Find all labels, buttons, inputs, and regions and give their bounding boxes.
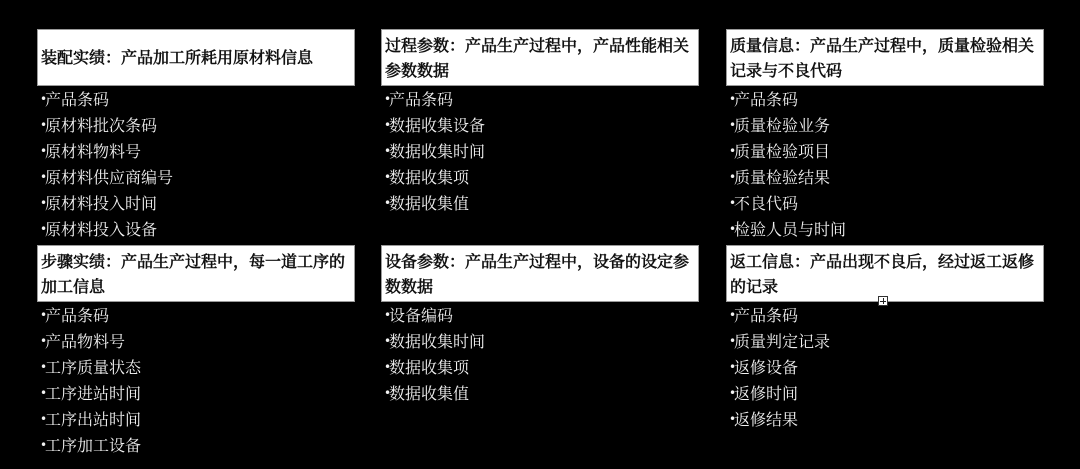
bullet-icon: •: [40, 112, 45, 138]
list-item: •产品条码: [37, 303, 355, 329]
section-title: 步骤实绩：产品生产过程中，每一道工序的加工信息: [41, 249, 351, 299]
field-list: •设备编码 •数据收集时间 •数据收集项 •数据收集值: [381, 303, 699, 407]
bullet-icon: •: [40, 138, 45, 164]
section-header: 步骤实绩：产品生产过程中，每一道工序的加工信息: [37, 245, 355, 302]
list-item: •数据收集设备: [381, 113, 699, 139]
section-title: 过程参数：产品生产过程中，产品性能相关参数数据: [385, 33, 695, 83]
list-item: •检验人员与时间: [726, 217, 1044, 243]
bullet-icon: •: [40, 302, 45, 328]
bullet-icon: •: [729, 302, 734, 328]
bullet-icon: •: [40, 190, 45, 216]
section-equipment-parameters: 设备参数：产品生产过程中，设备的设定参数数据 •设备编码 •数据收集时间 •数据…: [381, 245, 699, 407]
list-item: •数据收集时间: [381, 139, 699, 165]
field-list: •产品条码 •产品物料号 •工序质量状态 •工序进站时间 •工序出站时间 •工序…: [37, 303, 355, 459]
bullet-icon: •: [729, 190, 734, 216]
list-item: •质量判定记录: [726, 329, 1044, 355]
bullet-icon: •: [384, 380, 389, 406]
bullet-icon: •: [729, 354, 734, 380]
list-item: •原材料投入时间: [37, 191, 355, 217]
list-item: •原材料批次条码: [37, 113, 355, 139]
section-title: 设备参数：产品生产过程中，设备的设定参数数据: [385, 249, 695, 299]
list-item: •产品条码: [37, 87, 355, 113]
section-header: 返工信息：产品出现不良后，经过返工返修的记录: [726, 245, 1044, 302]
list-item: •产品物料号: [37, 329, 355, 355]
list-item: •质量检验业务: [726, 113, 1044, 139]
bullet-icon: •: [729, 406, 734, 432]
list-item: •不良代码: [726, 191, 1044, 217]
list-item: •返修结果: [726, 407, 1044, 433]
list-item: •工序加工设备: [37, 433, 355, 459]
section-header: 质量信息：产品生产过程中，质量检验相关记录与不良代码: [726, 29, 1044, 86]
bullet-icon: •: [40, 406, 45, 432]
bullet-icon: •: [729, 86, 734, 112]
list-item: •质量检验项目: [726, 139, 1044, 165]
list-item: •工序质量状态: [37, 355, 355, 381]
bullet-icon: •: [384, 190, 389, 216]
section-header: 装配实绩：产品加工所耗用原材料信息: [37, 29, 355, 86]
list-item: •产品条码: [381, 87, 699, 113]
list-item: •数据收集时间: [381, 329, 699, 355]
bullet-icon: •: [729, 112, 734, 138]
bullet-icon: •: [384, 86, 389, 112]
bullet-icon: •: [729, 328, 734, 354]
bullet-icon: •: [40, 216, 45, 242]
list-item: •原材料供应商编号: [37, 165, 355, 191]
list-item: •工序出站时间: [37, 407, 355, 433]
bullet-icon: •: [384, 112, 389, 138]
bullet-icon: •: [729, 164, 734, 190]
list-item: •数据收集项: [381, 355, 699, 381]
field-list: •产品条码 •质量检验业务 •质量检验项目 •质量检验结果 •不良代码 •检验人…: [726, 87, 1044, 243]
section-rework-info: 返工信息：产品出现不良后，经过返工返修的记录 •产品条码 •质量判定记录 •返修…: [726, 245, 1044, 433]
bullet-icon: •: [40, 164, 45, 190]
list-item: •产品条码: [726, 87, 1044, 113]
section-step-performance: 步骤实绩：产品生产过程中，每一道工序的加工信息 •产品条码 •产品物料号 •工序…: [37, 245, 355, 459]
list-item: •数据收集值: [381, 381, 699, 407]
bullet-icon: •: [384, 302, 389, 328]
bullet-icon: •: [384, 354, 389, 380]
bullet-icon: •: [40, 86, 45, 112]
list-item: •数据收集项: [381, 165, 699, 191]
bullet-icon: •: [384, 164, 389, 190]
section-assembly-performance: 装配实绩：产品加工所耗用原材料信息 •产品条码 •原材料批次条码 •原材料物料号…: [37, 29, 355, 243]
field-list: •产品条码 •数据收集设备 •数据收集时间 •数据收集项 •数据收集值: [381, 87, 699, 217]
section-title: 返工信息：产品出现不良后，经过返工返修的记录: [730, 249, 1040, 299]
section-title: 装配实绩：产品加工所耗用原材料信息: [41, 45, 313, 70]
list-item: •设备编码: [381, 303, 699, 329]
bullet-icon: •: [40, 380, 45, 406]
section-process-parameters: 过程参数：产品生产过程中，产品性能相关参数数据 •产品条码 •数据收集设备 •数…: [381, 29, 699, 217]
list-item: •数据收集值: [381, 191, 699, 217]
section-header: 过程参数：产品生产过程中，产品性能相关参数数据: [381, 29, 699, 86]
bullet-icon: •: [384, 328, 389, 354]
list-item: •产品条码: [726, 303, 1044, 329]
list-item: •返修时间: [726, 381, 1044, 407]
list-item: •原材料投入设备: [37, 217, 355, 243]
list-item: •原材料物料号: [37, 139, 355, 165]
bullet-icon: •: [40, 328, 45, 354]
list-item: •返修设备: [726, 355, 1044, 381]
bullet-icon: •: [729, 216, 734, 242]
bullet-icon: •: [40, 432, 45, 458]
bullet-icon: •: [729, 138, 734, 164]
list-item: •质量检验结果: [726, 165, 1044, 191]
bullet-icon: •: [384, 138, 389, 164]
section-header: 设备参数：产品生产过程中，设备的设定参数数据: [381, 245, 699, 302]
list-item: •工序进站时间: [37, 381, 355, 407]
section-title: 质量信息：产品生产过程中，质量检验相关记录与不良代码: [730, 33, 1040, 83]
field-list: •产品条码 •原材料批次条码 •原材料物料号 •原材料供应商编号 •原材料投入时…: [37, 87, 355, 243]
plus-handle-icon[interactable]: [878, 296, 888, 306]
field-list: •产品条码 •质量判定记录 •返修设备 •返修时间 •返修结果: [726, 303, 1044, 433]
bullet-icon: •: [729, 380, 734, 406]
section-quality-info: 质量信息：产品生产过程中，质量检验相关记录与不良代码 •产品条码 •质量检验业务…: [726, 29, 1044, 243]
bullet-icon: •: [40, 354, 45, 380]
